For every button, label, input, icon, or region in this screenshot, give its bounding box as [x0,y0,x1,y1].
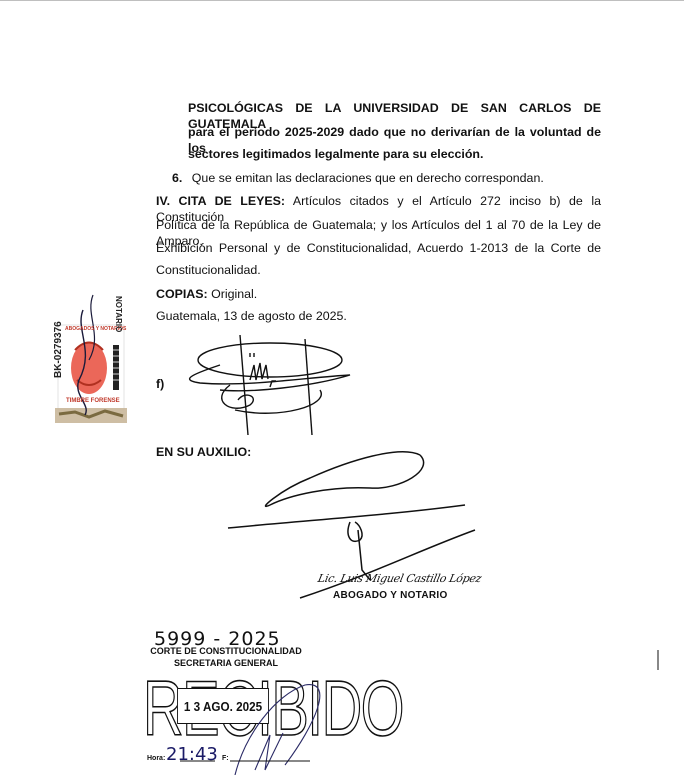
timbre-code: BK-0279376 [53,321,64,378]
copias: COPIAS: Original. [156,286,257,302]
timbre-side-label: NOTARIO [114,296,123,332]
signature-label: f) [156,376,164,392]
page-top-border [0,0,684,1]
place-date: Guatemala, 13 de agosto de 2025. [156,308,347,324]
copias-label: COPIAS: [156,287,208,301]
hora-label: Hora: [147,755,165,762]
notary-signature [220,450,480,610]
cita-de-leyes-line-3: Exhibición Personal y de Constitucionali… [156,240,601,256]
item-number: 6. [172,171,182,185]
scan-artifact [657,650,659,670]
timbre-footer: TIMBRE FORENSE [66,398,120,404]
petition-line-3: sectores legitimados legalmente para su … [188,146,483,162]
cita-de-leyes-heading: IV. CITA DE LEYES: [156,194,285,208]
notary-title: ABOGADO Y NOTARIO [333,590,448,601]
stamp-institution: CORTE DE CONSTITUCIONALIDAD [146,646,306,656]
hora-value: 21:43 [166,744,218,765]
copias-value: Original. [208,287,258,301]
receiver-signature [225,675,345,775]
notary-name: Lic. Luis Miguel Castillo López [317,572,483,585]
applicant-signature [190,335,390,445]
item-text: Que se emitan las declaraciones que en d… [192,171,544,185]
petition-item-6: 6. Que se emitan las declaraciones que e… [172,170,544,186]
cita-de-leyes-line-4: Constitucionalidad. [156,262,261,278]
